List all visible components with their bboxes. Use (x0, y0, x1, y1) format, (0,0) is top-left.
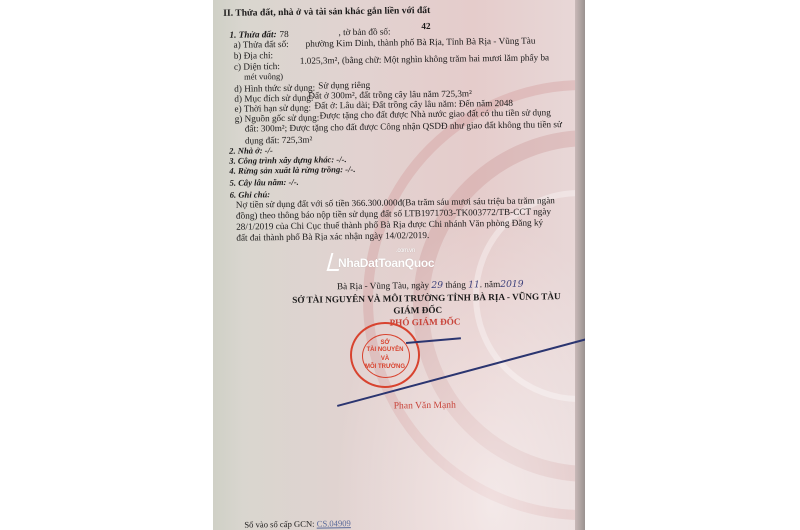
item-perennial-label: 5. Cây lâu năm: (229, 177, 286, 188)
official-seal: SỞ TÀI NGUYÊN VÀ MÔI TRƯỜNG (350, 322, 420, 388)
seal-line-2: TÀI NGUYÊN (352, 347, 418, 354)
item-construction-value: -/-. (336, 154, 346, 164)
map-sheet-number: 42 (421, 21, 430, 33)
item-perennial-value: -/-. (288, 177, 298, 187)
item-forest: 4. Rừng sản xuất là rừng trồng: -/-. (229, 164, 355, 177)
year-label: năm (484, 279, 500, 289)
seal-line-4: MÔI TRƯỜNG (352, 364, 418, 371)
item-forest-label: 4. Rừng sản xuất là rừng trồng: (229, 164, 343, 176)
place-date-prefix: Bà Rịa - Vũng Tàu, ngày (337, 280, 429, 291)
month-label: tháng (445, 279, 466, 289)
signer-name: Phan Văn Mạnh (394, 400, 456, 412)
document-photo: II. Thửa đất, nhà ở và tài sản khác gắn … (213, 0, 585, 530)
watermark-brand: NhaDatToanQuoc (338, 256, 434, 270)
registry-value: CS.04909 (317, 518, 351, 528)
parcel-location: phường Kim Dinh, thành phố Bà Rịa, Tỉnh … (306, 36, 536, 51)
director-title: GIÁM ĐỐC (393, 305, 442, 317)
registry-label: Số vào sổ cấp GCN: (244, 519, 314, 530)
item-forest-value: -/-. (345, 164, 355, 174)
registry-line: Số vào sổ cấp GCN: CS.04909 (244, 518, 351, 530)
seal-line-3: VÀ (352, 356, 418, 363)
date-year: 2019 (500, 279, 524, 290)
place-date: Bà Rịa - Vũng Tàu, ngày 29 tháng 11. năm… (337, 279, 524, 293)
area-cont: mét vuông) (244, 71, 283, 83)
area-value: 1.025,3m², (bằng chữ: Một nghìn không tr… (300, 52, 549, 67)
item-perennial: 5. Cây lâu năm: -/-. (229, 177, 298, 189)
notes-line-4: đất đai thành phố Bà Rịa xác nhận ngày 1… (236, 230, 429, 244)
date-day: 29 (431, 280, 443, 291)
parcel-number-label: a) Thửa đất số: (234, 39, 289, 51)
watermark-domain: .com.vn (396, 248, 415, 254)
item-house-value: -/- (265, 145, 273, 155)
watermark: NhaDatToanQuoc .com.vn (338, 256, 434, 270)
section-title: II. Thửa đất, nhà ở và tài sản khác gắn … (223, 5, 430, 19)
date-month: 11 (468, 279, 480, 290)
item-house-label: 2. Nhà ở: (229, 145, 263, 155)
